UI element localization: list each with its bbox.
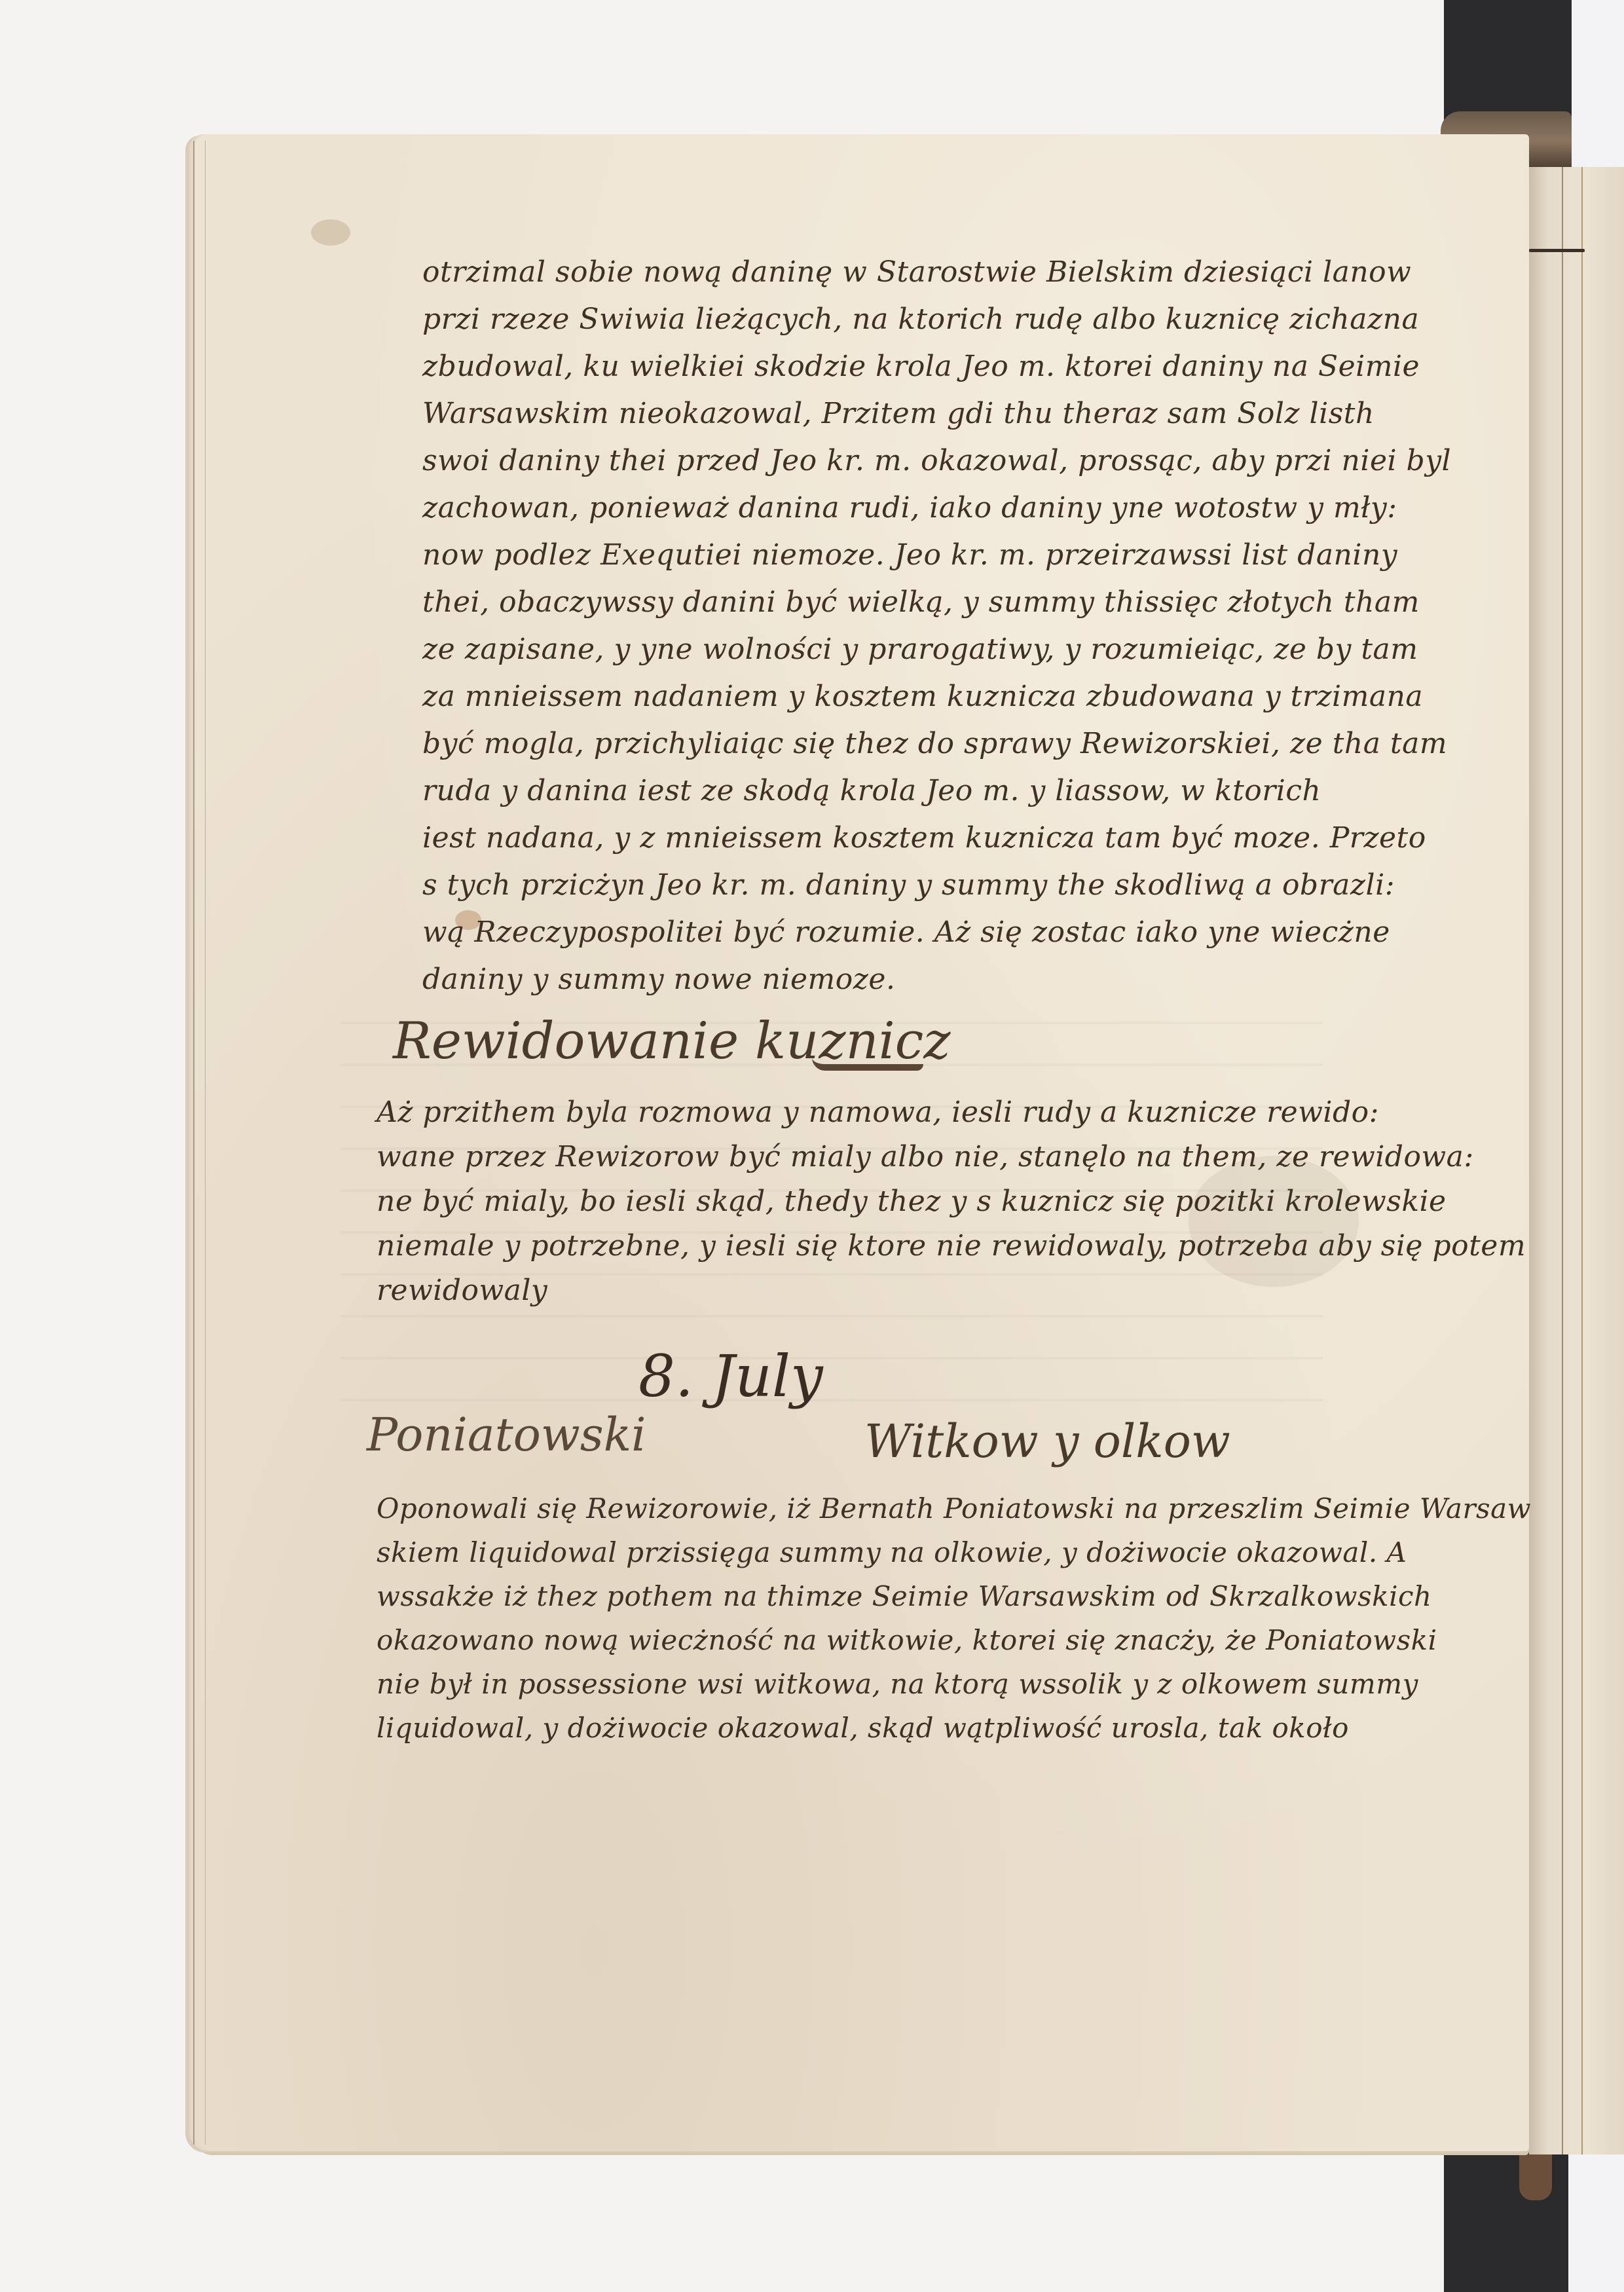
binding-thread-bottom: [1519, 2154, 1552, 2200]
text-line: otrzimal sobie nową daninę w Starostwie …: [422, 249, 1522, 296]
text-line: now podlez Exequtiei niemoze. Jeo kr. m.…: [422, 532, 1522, 579]
gutter-fold-line: [1562, 167, 1563, 2154]
text-line: zbudowal, ku wielkiei skodzie krola Jeo …: [422, 343, 1522, 390]
text-line: okazowano nową wiecżność na witkowie, kt…: [377, 1618, 1477, 1662]
text-line: przi rzeze Swiwia lieżących, na ktorich …: [422, 296, 1522, 343]
facing-page-gutter: [1529, 167, 1624, 2154]
text-line: ze zapisane, y yne wolności y prarogatiw…: [422, 626, 1522, 673]
paragraph-2: Aż przithem byla rozmowa y namowa, iesli…: [377, 1090, 1477, 1313]
page-stack-edge: [193, 141, 206, 2145]
text-line: Aż przithem byla rozmowa y namowa, iesli…: [377, 1090, 1477, 1135]
text-line: swoi daniny thei przed Jeo kr. m. okazow…: [422, 437, 1522, 485]
text-line: za mnieissem nadaniem y kosztem kuznicza…: [422, 673, 1522, 720]
text-line: nie był in possessione wsi witkowa, na k…: [377, 1662, 1477, 1706]
text-line: wą Rzeczypospolitei być rozumie. Aż się …: [422, 909, 1522, 956]
background-bottom-right: [1568, 2154, 1624, 2292]
paragraph-3: Oponowali się Rewizorowie, iż Bernath Po…: [377, 1487, 1477, 1750]
text-line: thei, obaczywssy danini być wielką, y su…: [422, 579, 1522, 626]
gutter-fold-line-2: [1581, 167, 1583, 2154]
text-line: s tych przicżyn Jeo kr. m. daniny y summ…: [422, 862, 1522, 909]
text-line: Oponowali się Rewizorowie, iż Bernath Po…: [377, 1487, 1477, 1530]
text-line: niemale y potrzebne, y iesli się ktore n…: [377, 1224, 1477, 1268]
text-line: iest nadana, y z mnieissem kosztem kuzni…: [422, 815, 1522, 862]
text-line: Warsawskim nieokazowal, Przitem gdi thu …: [422, 390, 1522, 437]
entry-name-left: Poniatowski: [367, 1408, 646, 1462]
text-line: zachowan, ponieważ danina rudi, iako dan…: [422, 485, 1522, 532]
date-heading: 8. July: [638, 1342, 823, 1410]
text-line: wane przez Rewizorow być mialy albo nie,…: [377, 1135, 1477, 1179]
paragraph-1: otrzimal sobie nową daninę w Starostwie …: [422, 249, 1522, 1003]
text-line: liquidowal, y dożiwocie okazowal, skąd w…: [377, 1706, 1477, 1750]
text-line: wssakże iż thez pothem na thimze Seimie …: [377, 1574, 1477, 1618]
text-line: daniny y summy nowe niemoze.: [422, 956, 1522, 1003]
entry-name-right: Witkow y olkow: [864, 1414, 1230, 1468]
heading-flourish: [812, 1058, 923, 1071]
text-line: być mogla, przichyliaiąc się thez do spr…: [422, 720, 1522, 767]
ink-stain: [311, 219, 350, 246]
text-line: ruda y danina iest ze skodą krola Jeo m.…: [422, 767, 1522, 815]
background-top-right: [1572, 0, 1624, 167]
text-line: skiem liquidowal przissięga summy na olk…: [377, 1530, 1477, 1574]
text-line: rewidowaly: [377, 1268, 1477, 1313]
text-line: ne być mialy, bo iesli skąd, thedy thez …: [377, 1179, 1477, 1224]
binding-stitch: [1529, 249, 1585, 252]
